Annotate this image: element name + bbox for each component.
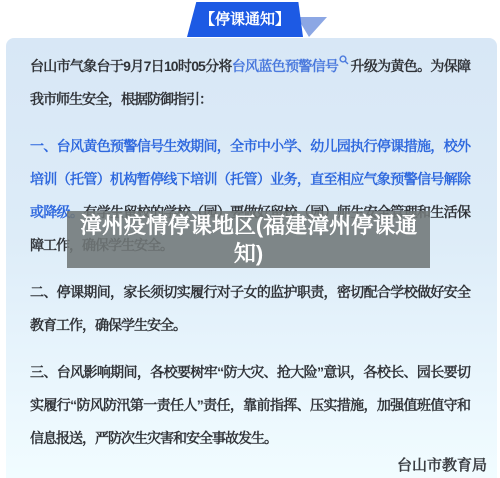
watermark-text: 漳州疫情停课地区(福建漳州停课通知) bbox=[73, 212, 425, 268]
search-icon[interactable] bbox=[339, 44, 349, 77]
signature: 台山市教育局 bbox=[397, 454, 487, 475]
item3-paragraph: 三、台风影响期间，各校要树牢“防大灾、抢大险”意识，各校长、园长要切实履行“防风… bbox=[30, 356, 470, 455]
notice-page: 【停课通知】 台山市气象台于9月7日10时05分将台风蓝色预警信号升级为黄色。为… bbox=[0, 0, 500, 478]
watermark-overlay: 漳州疫情停课地区(福建漳州停课通知) bbox=[67, 211, 430, 268]
typhoon-blue-warning-link[interactable]: 台风蓝色预警信号 bbox=[232, 58, 339, 74]
notice-title-badge: 【停课通知】 bbox=[187, 2, 303, 37]
notice-title: 【停课通知】 bbox=[200, 12, 290, 27]
intro-paragraph: 台山市气象台于9月7日10时05分将台风蓝色预警信号升级为黄色。为保障我市师生安… bbox=[30, 44, 470, 116]
item2-paragraph: 二、停课期间，家长须切实履行对子女的监护职责，密切配合学校做好安全教育工作，确保… bbox=[30, 276, 470, 342]
intro-text-1: 台山市气象台于9月7日10时05分将 bbox=[30, 58, 232, 74]
